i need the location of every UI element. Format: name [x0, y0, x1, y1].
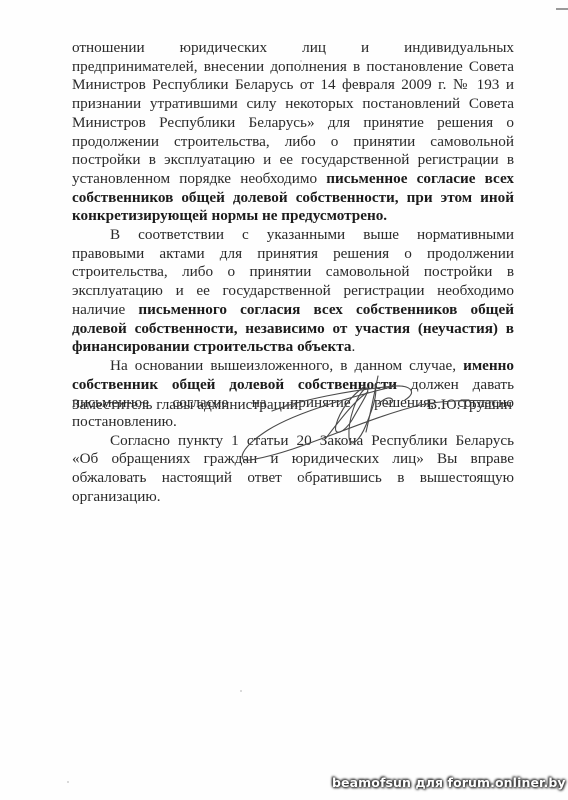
- scanned-letter-page: отношении юридических лиц и индивидуальн…: [0, 0, 568, 800]
- scan-speck: [67, 781, 69, 783]
- signatory-title: Заместитель главы администрации: [72, 396, 298, 415]
- scan-speck: [240, 690, 242, 692]
- paragraph-2-period: .: [351, 338, 355, 355]
- paragraph-3-text-a: На основании вышеизложенного, в данном с…: [110, 357, 463, 374]
- paragraph-3: На основании вышеизложенного, в данном с…: [72, 357, 514, 432]
- scan-speck: [300, 60, 302, 62]
- paragraph-2: В соответствии с указанными выше нормати…: [72, 226, 514, 357]
- signatory-name: В.Ю.Трушин: [427, 396, 512, 415]
- scan-speck: [303, 478, 305, 480]
- scan-artifact: [556, 8, 568, 10]
- paragraph-4-text: Согласно пункту 1 статьи 20 Закона Респу…: [72, 432, 514, 505]
- paragraph-2-emphasis: письменного согласия всех собственников …: [72, 301, 514, 355]
- paragraph-1: отношении юридических лиц и индивидуальн…: [72, 39, 514, 226]
- paragraph-4: Согласно пункту 1 статьи 20 Закона Респу…: [72, 432, 514, 507]
- paragraph-1-text: отношении юридических лиц и индивидуальн…: [72, 39, 514, 187]
- watermark: beamofsun для forum.onliner.by: [332, 775, 566, 790]
- scan-speck: [245, 462, 247, 464]
- letter-body: отношении юридических лиц и индивидуальн…: [72, 39, 514, 507]
